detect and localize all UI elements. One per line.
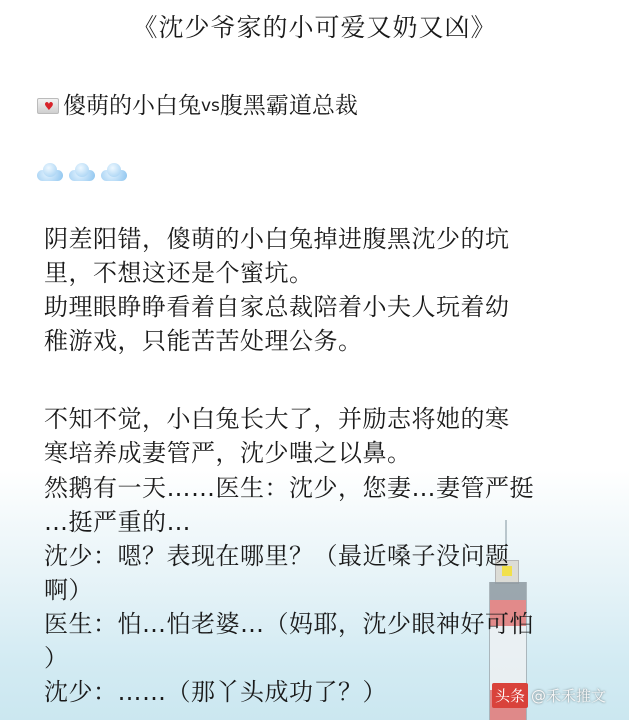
paragraph-growth: 不知不觉，小白兔长大了，并励志将她的寒 寒培养成妻管严，沈少嗤之以鼻。 [44, 402, 604, 470]
cloud-icon [37, 163, 63, 181]
text-line: ） [44, 641, 604, 675]
text-line: …挺严重的… [44, 505, 604, 539]
post-title: 《沈少爷家的小可爱又奶又凶》 [0, 10, 629, 46]
paragraph-synopsis: 阴差阳错，傻萌的小白兔掉进腹黑沈少的坑 里，不想这还是个蜜坑。 助理眼睁睁看着自… [44, 222, 604, 358]
text-line: 阴差阳错，傻萌的小白兔掉进腹黑沈少的坑 [44, 222, 604, 256]
text-line: 啊） [44, 573, 604, 607]
cloud-decorations [37, 163, 127, 181]
subtitle-left: 傻萌的小白兔 [63, 88, 201, 124]
text-line: 不知不觉，小白兔长大了，并励志将她的寒 [44, 402, 604, 436]
subtitle-vs: vs [201, 88, 220, 124]
text-line: 然鹅有一天……医生：沈少，您妻…妻管严挺 [44, 471, 604, 505]
watermark: 头条 @禾禾推文 [492, 683, 606, 708]
text-line: 寒培养成妻管严，沈少嗤之以鼻。 [44, 436, 604, 470]
text-line: 里，不想这还是个蜜坑。 [44, 256, 604, 290]
subtitle-right: 腹黑霸道总裁 [220, 88, 358, 124]
cloud-icon [69, 163, 95, 181]
text-line: 医生：怕…怕老婆…（妈耶，沈少眼神好可怕 [44, 607, 604, 641]
love-letter-icon: ♥ [37, 98, 59, 114]
text-line: 稚游戏，只能苦苦处理公务。 [44, 324, 604, 358]
post-subtitle: ♥ 傻萌的小白兔 vs 腹黑霸道总裁 [37, 88, 358, 124]
toutiao-logo-icon: 头条 [492, 683, 528, 708]
author-handle: @禾禾推文 [531, 685, 606, 706]
text-line: 沈少：嗯？表现在哪里？（最近嗓子没问题 [44, 539, 604, 573]
cloud-icon [101, 163, 127, 181]
text-line: 助理眼睁睁看着自家总裁陪着小夫人玩着幼 [44, 290, 604, 324]
paragraph-dialogue: 然鹅有一天……医生：沈少，您妻…妻管严挺 …挺严重的… 沈少：嗯？表现在哪里？（… [44, 471, 604, 709]
